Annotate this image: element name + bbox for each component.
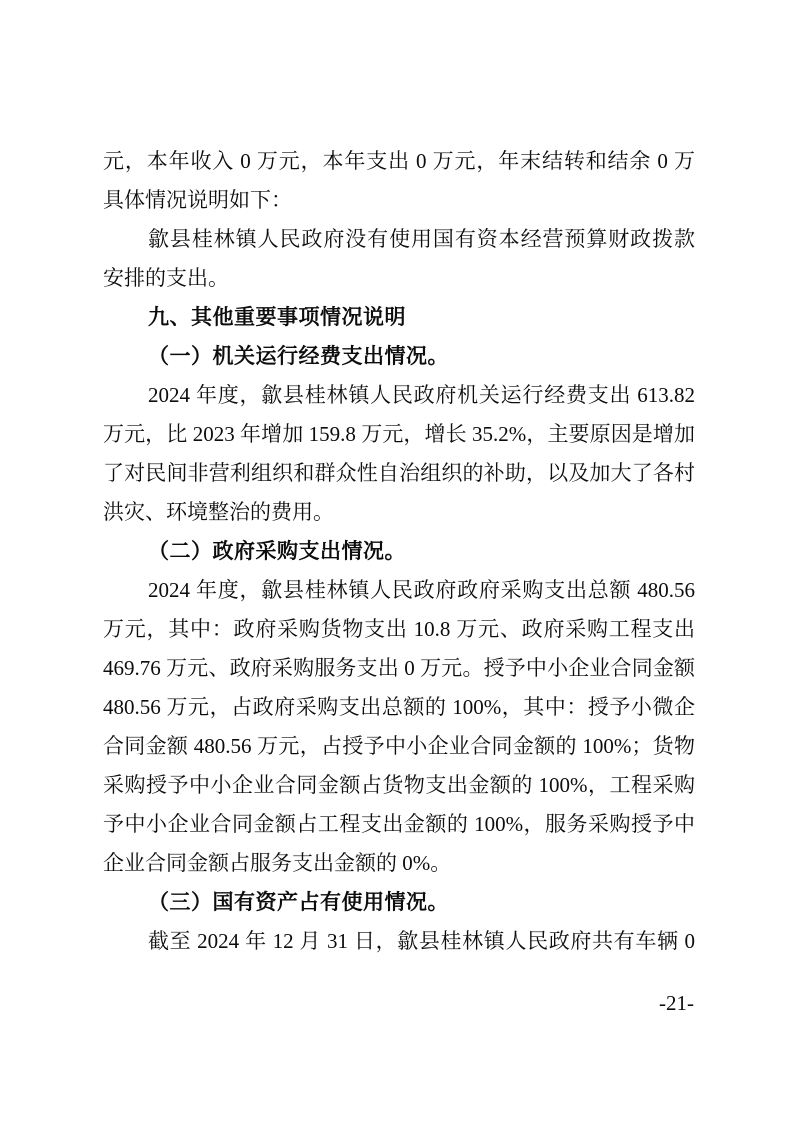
subsection-heading: （三）国有资产占有使用情况。 xyxy=(103,883,695,922)
page-number: -21- xyxy=(659,991,694,1015)
text-line: 元，本年收入 0 万元，本年支出 0 万元，年末结转和结余 0 万元。 xyxy=(103,142,695,181)
subsection-heading: （二）政府采购支出情况。 xyxy=(103,532,695,571)
text-line: 469.76 万元、政府采购服务支出 0 万元。授予中小企业合同金额 xyxy=(103,649,695,688)
document-page: 元，本年收入 0 万元，本年支出 0 万元，年末结转和结余 0 万元。 具体情况… xyxy=(0,0,793,1122)
text-line: 万元，其中：政府采购货物支出 10.8 万元、政府采购工程支出 xyxy=(103,610,695,649)
text-line: 企业合同金额占服务支出金额的 0%。 xyxy=(103,844,695,883)
subsection-heading: （一）机关运行经费支出情况。 xyxy=(103,337,695,376)
text-line: 2024 年度，歙县桂林镇人民政府机关运行经费支出 613.82 xyxy=(103,376,695,415)
section-heading: 九、其他重要事项情况说明 xyxy=(103,298,695,337)
text-line: 歙县桂林镇人民政府没有使用国有资本经营预算财政拨款 xyxy=(103,220,695,259)
text-line: 截至 2024 年 12 月 31 日，歙县桂林镇人民政府共有车辆 0 xyxy=(103,922,695,961)
text-line: 480.56 万元，占政府采购支出总额的 100%，其中：授予小微企业 xyxy=(103,688,695,727)
text-line: 安排的支出。 xyxy=(103,259,695,298)
text-line: 具体情况说明如下： xyxy=(103,181,695,220)
text-line: 了对民间非营利组织和群众性自治组织的补助，以及加大了各村 xyxy=(103,454,695,493)
text-line: 洪灾、环境整治的费用。 xyxy=(103,493,695,532)
text-line: 万元，比 2023 年增加 159.8 万元，增长 35.2%，主要原因是增加 xyxy=(103,415,695,454)
page-body-text: 元，本年收入 0 万元，本年支出 0 万元，年末结转和结余 0 万元。 具体情况… xyxy=(103,142,695,961)
text-line: 合同金额 480.56 万元，占授予中小企业合同金额的 100%；货物 xyxy=(103,727,695,766)
text-line: 予中小企业合同金额占工程支出金额的 100%，服务采购授予中小 xyxy=(103,805,695,844)
text-line: 采购授予中小企业合同金额占货物支出金额的 100%，工程采购授 xyxy=(103,766,695,805)
text-line: 2024 年度，歙县桂林镇人民政府政府采购支出总额 480.56 xyxy=(103,571,695,610)
